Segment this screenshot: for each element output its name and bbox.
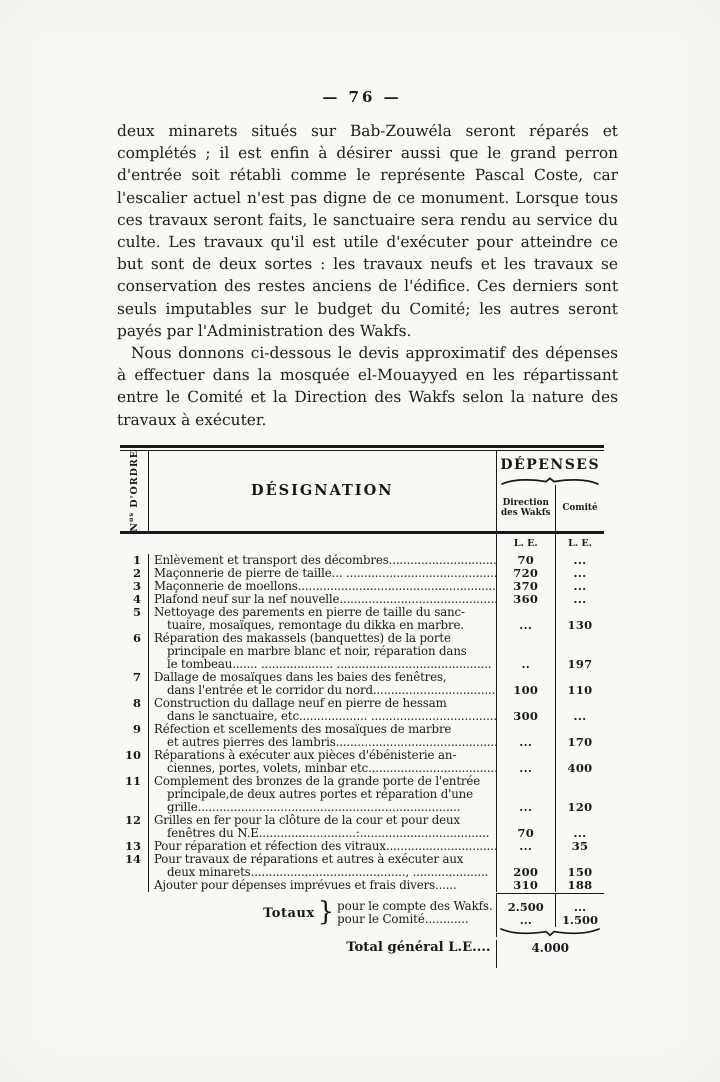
row-number: 3 (120, 580, 149, 593)
designation-line: dans le sanctuaire, etc.................… (154, 710, 496, 723)
expenses-table: Nos D'ORDRE DÉSIGNATION DÉPENSES Directi… (120, 445, 604, 968)
row-comite-value: ... (556, 593, 604, 606)
designation-line: et autres pierres des lambris...........… (154, 736, 496, 749)
row-number: 14 (120, 853, 149, 879)
designation-line: grille..................................… (154, 801, 496, 814)
row-designation: Réparation des makassels (banquettes) de… (149, 632, 497, 671)
column-header-designation: DÉSIGNATION (149, 451, 497, 531)
table-row: 5Nettoyage des parements en pierre de ta… (120, 606, 604, 632)
row-comite-value: 188 (556, 879, 604, 892)
row-wakfs-value: 370 (497, 580, 557, 593)
row-wakfs-value: .. (497, 632, 557, 671)
row-wakfs-value: ... (497, 775, 557, 814)
row-designation: Nettoyage des parements en pierre de tai… (149, 606, 497, 632)
body-paragraph-2: Nous donnons ci-dessous le devis approxi… (117, 342, 618, 431)
row-number: 13 (120, 840, 149, 853)
designation-line: Dallage de mosaïques dans les baies des … (154, 671, 496, 684)
table-row: 14Pour travaux de réparations et autres … (120, 853, 604, 879)
row-designation: Pour réparation et réfection des vitraux… (149, 840, 497, 853)
row-designation: Plafond neuf sur la nef nouvelle........… (149, 593, 497, 606)
table-row: 10Réparations à exécuter aux pièces d'éb… (120, 749, 604, 775)
row-wakfs-value: 200 (497, 853, 557, 879)
designation-line: ciennes, portes, volets, minbar etc.....… (154, 762, 496, 775)
table-row: Ajouter pour dépenses imprévues et frais… (120, 879, 604, 892)
table-row: 7Dallage de mosaïques dans les baies des… (120, 671, 604, 697)
body-paragraph-1: deux minarets situés sur Bab-Zouwéla ser… (117, 120, 618, 342)
row-wakfs-value: ... (497, 749, 557, 775)
designation-line: fenêtres du N.E.........................… (154, 827, 496, 840)
ordre-rotated-label: Nos D'ORDRE (127, 450, 140, 532)
totals-rule-wakfs (497, 893, 557, 900)
designation-line: Plafond neuf sur la nef nouvelle........… (154, 593, 496, 606)
column-header-comite: Comité (556, 485, 604, 531)
row-designation: Grilles en fer pour la clôture de la cou… (149, 814, 497, 840)
depenses-label: DÉPENSES (497, 457, 605, 473)
row-wakfs-value: ... (497, 606, 557, 632)
row-wakfs-value: 360 (497, 593, 557, 606)
row-number: 8 (120, 697, 149, 723)
table-row: 6Réparation des makassels (banquettes) d… (120, 632, 604, 671)
row-wakfs-value: 310 (497, 879, 557, 892)
table-body: 1Enlèvement et transport des décombres..… (120, 554, 604, 892)
row-number: 6 (120, 632, 149, 671)
totals-line-comite: pour le Comité............ (337, 913, 492, 927)
row-number: 11 (120, 775, 149, 814)
row-wakfs-value: ... (497, 840, 557, 853)
table-row: 11Complement des bronzes de la grande po… (120, 775, 604, 814)
row-designation: Maçonnerie de moellons..................… (149, 580, 497, 593)
row-number: 12 (120, 814, 149, 840)
row-designation: Maçonnerie de pierre de taille... ......… (149, 567, 497, 580)
row-designation: Ajouter pour dépenses imprévues et frais… (149, 879, 497, 892)
designation-line: Pour travaux de réparations et autres à … (154, 853, 496, 866)
totals-label: Totaux (263, 906, 314, 921)
column-header-wakfs: Direction des Wakfs (497, 485, 557, 531)
designation-line: le tombeau....... .................... .… (154, 658, 496, 671)
designation-line: principale en marbre blanc et noir, répa… (154, 645, 496, 658)
row-number: 2 (120, 567, 149, 580)
unit-row-spacer (120, 534, 497, 554)
row-designation: Dallage de mosaïques dans les baies des … (149, 671, 497, 697)
totals-brace: } (318, 900, 335, 926)
row-number: 7 (120, 671, 149, 697)
row-comite-value: ... (556, 580, 604, 593)
designation-line: Maçonnerie de pierre de taille... ......… (154, 567, 496, 580)
row-comite-value: 120 (556, 775, 604, 814)
column-header-depenses: DÉPENSES Direction des Wakfs Comité (497, 451, 605, 531)
designation-line: Grilles en fer pour la clôture de la cou… (154, 814, 496, 827)
totals-underbrace-icon (497, 927, 605, 937)
row-number (120, 879, 149, 892)
designation-line: Réfection et scellements des mosaïques d… (154, 723, 496, 736)
designation-line: dans l'entrée et le corridor du nord....… (154, 684, 496, 697)
totals-lines: pour le compte des Wakfs. pour le Comité… (337, 900, 492, 927)
row-wakfs-value: 70 (497, 554, 557, 567)
row-designation: Réfection et scellements des mosaïques d… (149, 723, 497, 749)
row-comite-value: 130 (556, 606, 604, 632)
row-wakfs-value: 100 (497, 671, 557, 697)
row-comite-value: ... (556, 814, 604, 840)
row-designation: Enlèvement et transport des décombres...… (149, 554, 497, 567)
table-row: 4Plafond neuf sur la nef nouvelle.......… (120, 593, 604, 606)
table-row: 3Maçonnerie de moellons.................… (120, 580, 604, 593)
designation-line: Complement des bronzes de la grande port… (154, 775, 496, 788)
designation-line: Nettoyage des parements en pierre de tai… (154, 606, 496, 619)
row-comite-value: ... (556, 567, 604, 580)
row-wakfs-value: 70 (497, 814, 557, 840)
totals-underbrace-row (120, 927, 604, 937)
table-row: 9Réfection et scellements des mosaïques … (120, 723, 604, 749)
designation-line: deux minarets...........................… (154, 866, 496, 879)
grand-total-value: 4.000 (497, 940, 605, 956)
row-comite-value: 197 (556, 632, 604, 671)
table-row: 13Pour réparation et réfection des vitra… (120, 840, 604, 853)
designation-line: Ajouter pour dépenses imprévues et frais… (154, 879, 496, 892)
row-number: 5 (120, 606, 149, 632)
row-number: 1 (120, 554, 149, 567)
totals-values-wakfs: 2.500 ... (497, 900, 557, 927)
row-wakfs-value: 300 (497, 697, 557, 723)
designation-line: principale,de deux autres portes et répa… (154, 788, 496, 801)
grand-total-row: Total général L.E.... 4.000 (120, 940, 604, 956)
row-number: 4 (120, 593, 149, 606)
table-row: 12Grilles en fer pour la clôture de la c… (120, 814, 604, 840)
row-number: 10 (120, 749, 149, 775)
row-comite-value: ... (556, 554, 604, 567)
sub-headers: Direction des Wakfs Comité (497, 485, 605, 531)
row-comite-value: 110 (556, 671, 604, 697)
row-wakfs-value: 720 (497, 567, 557, 580)
row-comite-value: ... (556, 697, 604, 723)
scanned-page: — 76 — deux minarets situés sur Bab-Zouw… (0, 0, 720, 1082)
designation-line: Construction du dallage neuf en pierre d… (154, 697, 496, 710)
designation-line: tuaire, mosaïques, remontage du dikka en… (154, 619, 496, 632)
designation-line: Réparations à exécuter aux pièces d'ébén… (154, 749, 496, 762)
row-designation: Réparations à exécuter aux pièces d'ébén… (149, 749, 497, 775)
row-comite-value: 400 (556, 749, 604, 775)
totals-line-wakfs: pour le compte des Wakfs. (337, 900, 492, 914)
totals-rule-comite (556, 893, 604, 900)
table-row: 1Enlèvement et transport des décombres..… (120, 554, 604, 567)
totals-row: Totaux } pour le compte des Wakfs. pour … (120, 900, 604, 927)
row-wakfs-value: ... (497, 723, 557, 749)
row-designation: Complement des bronzes de la grande port… (149, 775, 497, 814)
designation-line: Pour réparation et réfection des vitraux… (154, 840, 496, 853)
grand-total-label: Total général L.E.... (120, 940, 497, 956)
table-row: 2Maçonnerie de pierre de taille... .....… (120, 567, 604, 580)
depenses-overbrace-icon (497, 476, 605, 485)
designation-line: Réparation des makassels (banquettes) de… (154, 632, 496, 645)
row-number: 9 (120, 723, 149, 749)
table-header: Nos D'ORDRE DÉSIGNATION DÉPENSES Directi… (120, 451, 604, 531)
unit-label-comite: L. E. (556, 534, 604, 554)
designation-line: Enlèvement et transport des décombres...… (154, 554, 496, 567)
unit-row: L. E. L. E. (120, 534, 604, 554)
row-designation: Pour travaux de réparations et autres à … (149, 853, 497, 879)
page-number: — 76 — (112, 88, 612, 106)
row-designation: Construction du dallage neuf en pierre d… (149, 697, 497, 723)
column-header-ordre: Nos D'ORDRE (120, 451, 149, 531)
unit-label-wakfs: L. E. (497, 534, 557, 554)
row-comite-value: 35 (556, 840, 604, 853)
table-tail (120, 956, 604, 968)
row-comite-value: 170 (556, 723, 604, 749)
row-comite-value: 150 (556, 853, 604, 879)
totals-values-comite: ... 1.500 (556, 900, 604, 927)
designation-line: Maçonnerie de moellons..................… (154, 580, 496, 593)
table-row: 8Construction du dallage neuf en pierre … (120, 697, 604, 723)
